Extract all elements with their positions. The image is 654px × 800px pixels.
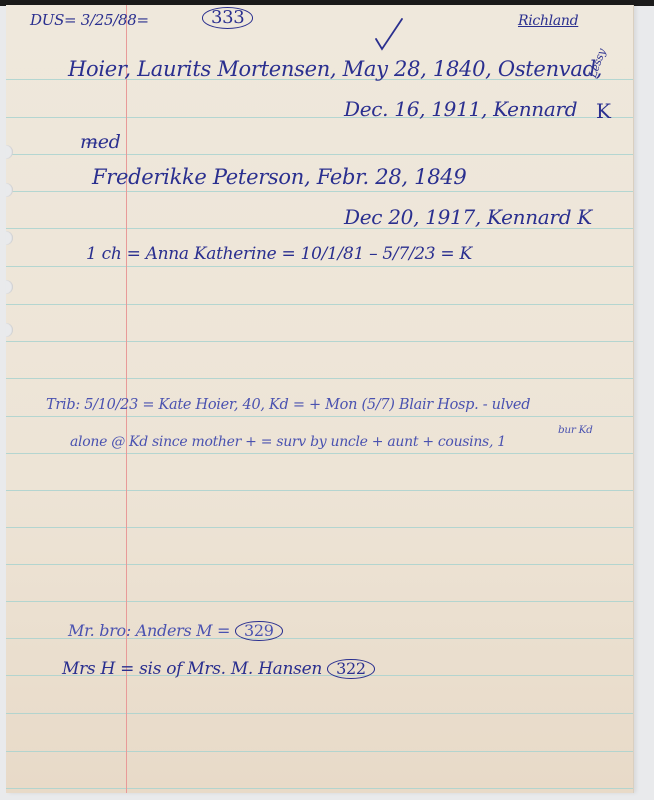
- binder-hole: [6, 280, 13, 294]
- ruled-line: [6, 788, 633, 789]
- ruled-line: [6, 191, 633, 192]
- sister-record-circle: 322: [327, 659, 375, 679]
- location-label: Richland: [518, 13, 578, 29]
- brother-line: Mr. bro: Anders M = 329: [68, 621, 283, 641]
- binder-hole: [6, 145, 13, 159]
- brother-record-circle: 329: [235, 621, 283, 641]
- brother-text: Mr. bro: Anders M =: [68, 621, 230, 640]
- wife-death-line: Dec 20, 1917, Kennard K: [344, 205, 592, 229]
- ruled-line: [6, 527, 633, 528]
- ruled-line: [6, 490, 633, 491]
- ruled-line: [6, 304, 633, 305]
- ruled-line: [6, 266, 633, 267]
- ruled-line: [6, 378, 633, 379]
- ruled-line: [6, 564, 633, 565]
- ruled-line: [6, 154, 633, 155]
- ruled-line: [6, 453, 633, 454]
- sister-line: Mrs H = sis of Mrs. M. Hansen 322: [62, 659, 375, 679]
- tribune-note-line2: alone @ Kd since mother + = surv by uncl…: [70, 434, 506, 450]
- notebook-page: DUS= 3/25/88= 333 Richland Hoier, Laurit…: [6, 5, 633, 793]
- husband-death-marker: K: [596, 99, 611, 123]
- sister-text: Mrs H = sis of Mrs. M. Hansen: [62, 659, 322, 679]
- record-number-circle: 333: [202, 7, 253, 29]
- record-number: 333: [202, 7, 253, 29]
- ruled-line: [6, 713, 633, 714]
- husband-name-line: Hoier, Laurits Mortensen, May 28, 1840, …: [68, 57, 602, 81]
- ruled-line: [6, 601, 633, 602]
- ruled-line: [6, 416, 633, 417]
- ruled-line: [6, 751, 633, 752]
- binder-hole: [6, 183, 13, 197]
- married-label: m̶ed: [80, 131, 121, 153]
- binder-hole: [6, 323, 13, 337]
- binder-hole: [6, 231, 13, 245]
- tribune-note-insert: bur Kd: [558, 424, 593, 436]
- wife-name-line: Frederikke Peterson, Febr. 28, 1849: [92, 165, 466, 189]
- reference-note: DUS= 3/25/88=: [30, 11, 149, 29]
- ruled-line: [6, 341, 633, 342]
- husband-death-line: Dec. 16, 1911, Kennard: [344, 97, 577, 121]
- husband-margin-note: Lessy: [586, 47, 608, 79]
- children-line: 1 ch = Anna Katherine = 10/1/81 – 5/7/23…: [86, 244, 472, 264]
- checkmark-icon: [374, 17, 404, 51]
- tribune-note-line1: Trib: 5/10/23 = Kate Hoier, 40, Kd = + M…: [46, 397, 530, 413]
